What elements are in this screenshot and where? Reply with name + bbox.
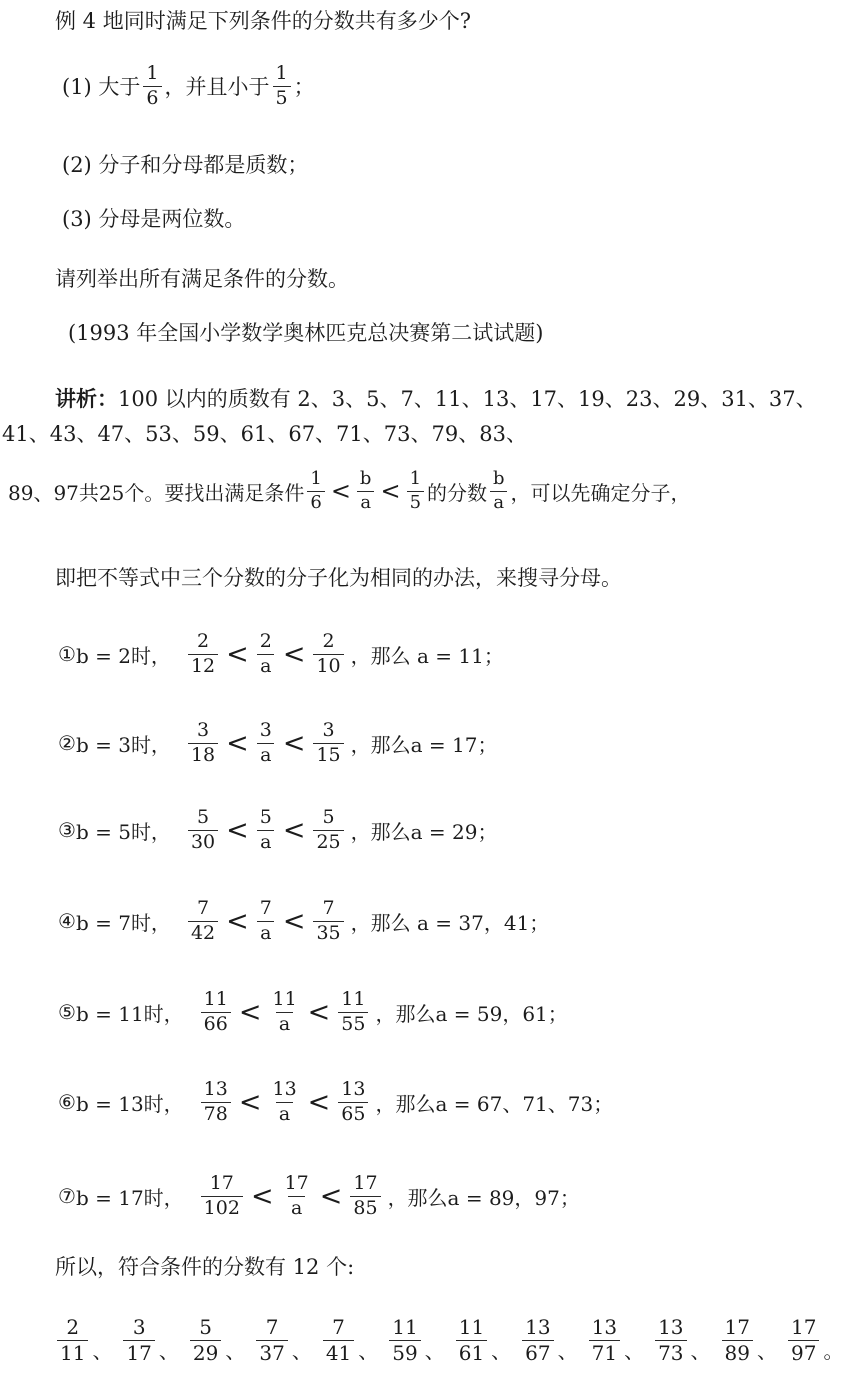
condition-1-middle: ，并且小于 bbox=[165, 71, 270, 101]
analysis-line-2: 41、43、47、53、59、61、67、71、73、79、83、 bbox=[2, 421, 527, 447]
condition-1: (1) 大于 1 6 ，并且小于 1 5 ； bbox=[62, 62, 315, 111]
case-circled-number: ⑦ bbox=[58, 1184, 76, 1208]
fraction-b-over-a: b a bbox=[357, 468, 375, 514]
source-line: (1993 年全国小学数学奥林匹克总决赛第二试试题) bbox=[68, 320, 544, 346]
less-than-sign: < bbox=[320, 1181, 343, 1212]
case-fraction-right: 5 25 bbox=[313, 806, 343, 855]
answer-fraction: 17 89 bbox=[722, 1315, 753, 1366]
case-row-2: ②b = 3时， 3 18 < 3 a < 3 15 ，那么a = 17； bbox=[58, 719, 498, 768]
case-result: ，那么a = 17； bbox=[351, 729, 498, 758]
case-fraction-left: 3 18 bbox=[188, 719, 218, 768]
less-than-sign: < bbox=[226, 728, 249, 759]
answer-separator: 、 bbox=[159, 1335, 179, 1364]
case-fraction-right: 17 85 bbox=[350, 1172, 380, 1221]
request-sentence: 请列举出所有满足条件的分数。 bbox=[55, 266, 349, 292]
case-result: ，那么 a = 37，41； bbox=[351, 907, 550, 936]
less-than-sign: < bbox=[283, 639, 306, 670]
less-than-sign: < bbox=[239, 1087, 262, 1118]
case-fraction-left: 13 78 bbox=[201, 1078, 231, 1127]
case-result: ，那么a = 89，97； bbox=[388, 1182, 580, 1211]
bridge-middle: 的分数 bbox=[427, 477, 487, 506]
less-than-sign: < bbox=[308, 997, 331, 1028]
less-than-sign: < bbox=[308, 1087, 331, 1118]
case-result: ，那么a = 67、71、73； bbox=[375, 1088, 613, 1117]
case-fraction-left: 11 66 bbox=[201, 988, 231, 1037]
less-than-sign: < bbox=[226, 639, 249, 670]
answer-fraction: 7 41 bbox=[323, 1315, 354, 1366]
bridge-prefix: 89、97共25个。要找出满足条件 bbox=[8, 477, 304, 506]
answer-separator: 、 bbox=[491, 1335, 511, 1364]
case-result: ，那么a = 29； bbox=[351, 816, 498, 845]
case-result: ，那么 a = 11； bbox=[351, 640, 504, 669]
less-than-sign: < bbox=[380, 477, 400, 505]
answer-separator: 。 bbox=[823, 1335, 843, 1364]
case-fraction-right: 11 55 bbox=[338, 988, 368, 1037]
answer-separator: 、 bbox=[624, 1335, 644, 1364]
case-fraction-right: 7 35 bbox=[313, 897, 343, 946]
answer-fraction: 13 71 bbox=[589, 1315, 620, 1366]
case-lead: b = 13时， bbox=[76, 1088, 184, 1117]
answer-separator: 、 bbox=[292, 1335, 312, 1364]
case-circled-number: ④ bbox=[58, 909, 76, 933]
answer-fraction: 17 97 bbox=[788, 1315, 819, 1366]
case-circled-number: ③ bbox=[58, 818, 76, 842]
case-circled-number: ② bbox=[58, 731, 76, 755]
case-lead: b = 11时， bbox=[76, 998, 184, 1027]
answer-fraction: 2 11 bbox=[57, 1315, 88, 1366]
fraction-one-sixth: 1 6 bbox=[307, 468, 324, 514]
answer-fraction: 5 29 bbox=[190, 1315, 221, 1366]
case-fraction-middle: 7 a bbox=[257, 897, 275, 946]
case-result: ，那么a = 59，61； bbox=[375, 998, 567, 1027]
case-fraction-left: 7 42 bbox=[188, 897, 218, 946]
answer-fraction: 11 59 bbox=[389, 1315, 420, 1366]
case-row-7: ⑦b = 17时， 17 102 < 17 a < 17 85 ，那么a = 8… bbox=[58, 1172, 580, 1221]
answer-separator: 、 bbox=[558, 1335, 578, 1364]
answer-separator: 、 bbox=[691, 1335, 711, 1364]
less-than-sign: < bbox=[283, 728, 306, 759]
case-row-3: ③b = 5时， 5 30 < 5 a < 5 25 ，那么a = 29； bbox=[58, 806, 498, 855]
case-fraction-left: 2 12 bbox=[188, 630, 218, 679]
case-row-6: ⑥b = 13时， 13 78 < 13 a < 13 65 ，那么a = 67… bbox=[58, 1078, 613, 1127]
case-lead: b = 7时， bbox=[76, 907, 171, 936]
fraction-one-sixth: 1 6 bbox=[143, 62, 161, 111]
conclusion-sentence: 所以，符合条件的分数有 12 个: bbox=[55, 1254, 354, 1280]
problem-title: 例 4 地同时满足下列条件的分数共有多少个? bbox=[55, 8, 471, 34]
case-row-4: ④b = 7时， 7 42 < 7 a < 7 35 ，那么 a = 37，41… bbox=[58, 897, 549, 946]
case-lead: b = 5时， bbox=[76, 816, 171, 845]
case-circled-number: ⑤ bbox=[58, 1000, 76, 1024]
answer-separator: 、 bbox=[757, 1335, 777, 1364]
bridge-suffix: ，可以先确定分子， bbox=[511, 477, 691, 506]
case-row-1: ①b = 2时， 2 12 < 2 a < 2 10 ，那么 a = 11； bbox=[58, 630, 504, 679]
analysis-primes-1: 100 以内的质数有 2、3、5、7、11、13、17、19、23、29、31、… bbox=[118, 387, 817, 411]
answer-fraction: 13 67 bbox=[522, 1315, 553, 1366]
answer-fractions-row: 2 11 、 3 17 、 5 29 、 7 37 、 7 41 、 11 59… bbox=[55, 1315, 848, 1366]
answer-separator: 、 bbox=[92, 1335, 112, 1364]
less-than-sign: < bbox=[226, 815, 249, 846]
case-fraction-right: 13 65 bbox=[338, 1078, 368, 1127]
bridge-line: 89、97共25个。要找出满足条件 1 6 < b a < 1 5 的分数 b … bbox=[8, 468, 691, 514]
case-fraction-middle: 17 a bbox=[282, 1172, 312, 1221]
answer-fraction: 13 73 bbox=[655, 1315, 686, 1366]
case-fraction-left: 5 30 bbox=[188, 806, 218, 855]
less-than-sign: < bbox=[283, 906, 306, 937]
case-circled-number: ⑥ bbox=[58, 1090, 76, 1114]
case-circled-number: ① bbox=[58, 642, 76, 666]
less-than-sign: < bbox=[239, 997, 262, 1028]
less-than-sign: < bbox=[283, 815, 306, 846]
fraction-one-fifth: 1 5 bbox=[273, 62, 291, 111]
case-fraction-middle: 13 a bbox=[269, 1078, 299, 1127]
fraction-b-over-a: b a bbox=[490, 468, 508, 514]
less-than-sign: < bbox=[331, 477, 351, 505]
answer-fraction: 11 61 bbox=[456, 1315, 487, 1366]
case-lead: b = 3时， bbox=[76, 729, 171, 758]
condition-1-prefix: (1) 大于 bbox=[62, 71, 140, 101]
document-page: 例 4 地同时满足下列条件的分数共有多少个? (1) 大于 1 6 ，并且小于 … bbox=[0, 0, 848, 1382]
answer-separator: 、 bbox=[425, 1335, 445, 1364]
condition-1-suffix: ； bbox=[294, 71, 315, 101]
case-lead: b = 2时， bbox=[76, 640, 171, 669]
analysis-line-1: 讲析：100 以内的质数有 2、3、5、7、11、13、17、19、23、29、… bbox=[55, 386, 817, 412]
case-fraction-middle: 3 a bbox=[257, 719, 275, 768]
analysis-label: 讲析： bbox=[55, 386, 118, 411]
case-lead: b = 17时， bbox=[76, 1182, 184, 1211]
condition-2: (2) 分子和分母都是质数； bbox=[62, 152, 308, 178]
answer-separator: 、 bbox=[225, 1335, 245, 1364]
method-sentence: 即把不等式中三个分数的分子化为相同的办法，来搜寻分母。 bbox=[55, 565, 622, 591]
case-fraction-right: 3 15 bbox=[313, 719, 343, 768]
case-fraction-left: 17 102 bbox=[201, 1172, 243, 1221]
condition-3: (3) 分母是两位数。 bbox=[62, 206, 245, 232]
case-fraction-middle: 11 a bbox=[269, 988, 299, 1037]
case-fraction-middle: 2 a bbox=[257, 630, 275, 679]
less-than-sign: < bbox=[251, 1181, 274, 1212]
answer-fraction: 3 17 bbox=[123, 1315, 154, 1366]
answer-separator: 、 bbox=[358, 1335, 378, 1364]
case-row-5: ⑤b = 11时， 11 66 < 11 a < 11 55 ，那么a = 59… bbox=[58, 988, 568, 1037]
case-fraction-right: 2 10 bbox=[313, 630, 343, 679]
less-than-sign: < bbox=[226, 906, 249, 937]
fraction-one-fifth: 1 5 bbox=[407, 468, 424, 514]
case-fraction-middle: 5 a bbox=[257, 806, 275, 855]
answer-fraction: 7 37 bbox=[256, 1315, 287, 1366]
